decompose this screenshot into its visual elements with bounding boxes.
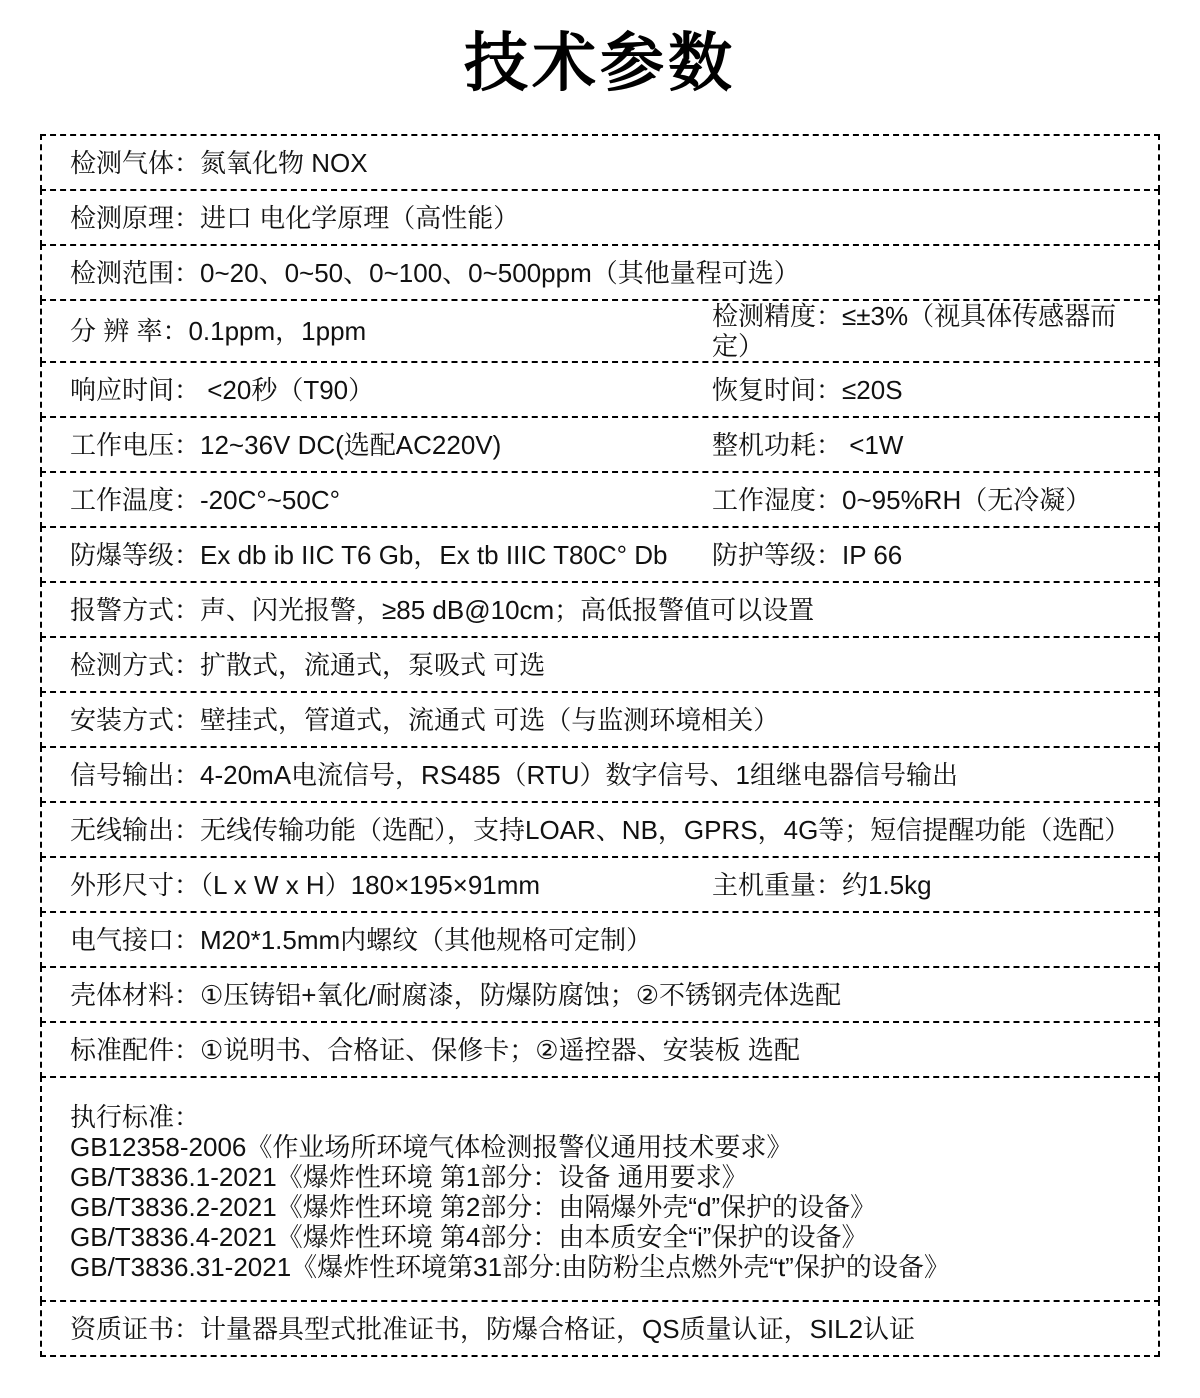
spec-text: 整机功耗： <1W — [712, 430, 1148, 460]
spec-text: 执行标准： GB12358-2006《作业场所环境气体检测报警仪通用技术要求》 … — [70, 1102, 950, 1282]
spec-text: 信号输出：4-20mA电流信号，RS485（RTU）数字信号、1组继电器信号输出 — [70, 760, 958, 790]
spec-text: 安装方式：壁挂式，管道式，流通式 可选（与监测环境相关） — [70, 705, 779, 735]
spec-row-resolution-accuracy: 分 辨 率：0.1ppm，1ppm 检测精度：≤±3%（视具体传感器而定） — [40, 299, 1160, 363]
spec-text: 工作温度：-20C°~50C° — [70, 485, 712, 515]
spec-row-wireless-output: 无线输出：无线传输功能（选配），支持LOAR、NB，GPRS，4G等；短信提醒功… — [40, 801, 1160, 858]
spec-row-certificates: 资质证书：计量器具型式批准证书，防爆合格证，QS质量认证，SIL2认证 — [40, 1300, 1160, 1357]
spec-row-temperature-humidity: 工作温度：-20C°~50C° 工作湿度：0~95%RH（无冷凝） — [40, 471, 1160, 528]
spec-text: 电气接口：M20*1.5mm内螺纹（其他规格可定制） — [70, 925, 652, 955]
spec-text: 恢复时间：≤20S — [712, 375, 1148, 405]
spec-row-standards: 执行标准： GB12358-2006《作业场所环境气体检测报警仪通用技术要求》 … — [40, 1076, 1160, 1302]
spec-text: 无线输出：无线传输功能（选配），支持LOAR、NB，GPRS，4G等；短信提醒功… — [70, 815, 1130, 845]
page-title: 技术参数 — [0, 0, 1200, 102]
spec-text: 报警方式：声、闪光报警，≥85 dB@10cm；高低报警值可以设置 — [70, 595, 814, 625]
spec-row-explosion-ip: 防爆等级：Ex db ib IIC T6 Gb，Ex tb IIIC T80C°… — [40, 526, 1160, 583]
spec-row-dimensions-weight: 外形尺寸：（L x W x H）180×195×91mm 主机重量：约1.5kg — [40, 856, 1160, 913]
spec-text: 壳体材料：①压铸铝+氧化/耐腐漆，防爆防腐蚀；②不锈钢壳体选配 — [70, 980, 841, 1010]
spec-text: 检测方式：扩散式，流通式，泵吸式 可选 — [70, 650, 545, 680]
spec-text: 响应时间： <20秒（T90） — [70, 375, 712, 405]
spec-row-gas: 检测气体：氮氧化物 NOX — [40, 134, 1160, 191]
spec-row-voltage-power: 工作电压：12~36V DC(选配AC220V) 整机功耗： <1W — [40, 416, 1160, 473]
spec-text: 检测范围：0~20、0~50、0~100、0~500ppm（其他量程可选） — [70, 258, 800, 288]
spec-text: 标准配件：①说明书、合格证、保修卡；②遥控器、安装板 选配 — [70, 1035, 800, 1065]
spec-text: 外形尺寸：（L x W x H）180×195×91mm — [70, 870, 712, 900]
spec-text: 工作湿度：0~95%RH（无冷凝） — [712, 485, 1148, 515]
spec-row-principle: 检测原理：进口 电化学原理（高性能） — [40, 189, 1160, 246]
spec-row-detection-mode: 检测方式：扩散式，流通式，泵吸式 可选 — [40, 636, 1160, 693]
spec-row-alarm: 报警方式：声、闪光报警，≥85 dB@10cm；高低报警值可以设置 — [40, 581, 1160, 638]
spec-text: 防爆等级：Ex db ib IIC T6 Gb，Ex tb IIIC T80C°… — [70, 540, 712, 570]
spec-text: 分 辨 率：0.1ppm，1ppm — [70, 316, 712, 346]
spec-text: 检测原理：进口 电化学原理（高性能） — [70, 203, 519, 233]
spec-row-response-recovery: 响应时间： <20秒（T90） 恢复时间：≤20S — [40, 361, 1160, 418]
spec-row-housing-material: 壳体材料：①压铸铝+氧化/耐腐漆，防爆防腐蚀；②不锈钢壳体选配 — [40, 966, 1160, 1023]
spec-row-signal-output: 信号输出：4-20mA电流信号，RS485（RTU）数字信号、1组继电器信号输出 — [40, 746, 1160, 803]
spec-text: 检测气体：氮氧化物 NOX — [70, 148, 368, 178]
spec-text: 工作电压：12~36V DC(选配AC220V) — [70, 430, 712, 460]
spec-row-installation: 安装方式：壁挂式，管道式，流通式 可选（与监测环境相关） — [40, 691, 1160, 748]
spec-row-standard-accessories: 标准配件：①说明书、合格证、保修卡；②遥控器、安装板 选配 — [40, 1021, 1160, 1078]
spec-text: 主机重量：约1.5kg — [712, 870, 1148, 900]
spec-text: 资质证书：计量器具型式批准证书，防爆合格证，QS质量认证，SIL2认证 — [70, 1314, 915, 1344]
spec-row-electrical-interface: 电气接口：M20*1.5mm内螺纹（其他规格可定制） — [40, 911, 1160, 968]
spec-row-range: 检测范围：0~20、0~50、0~100、0~500ppm（其他量程可选） — [40, 244, 1160, 301]
spec-table: 检测气体：氮氧化物 NOX 检测原理：进口 电化学原理（高性能） 检测范围：0~… — [40, 134, 1160, 1357]
spec-text: 防护等级：IP 66 — [712, 540, 1148, 570]
spec-text: 检测精度：≤±3%（视具体传感器而定） — [712, 301, 1148, 361]
